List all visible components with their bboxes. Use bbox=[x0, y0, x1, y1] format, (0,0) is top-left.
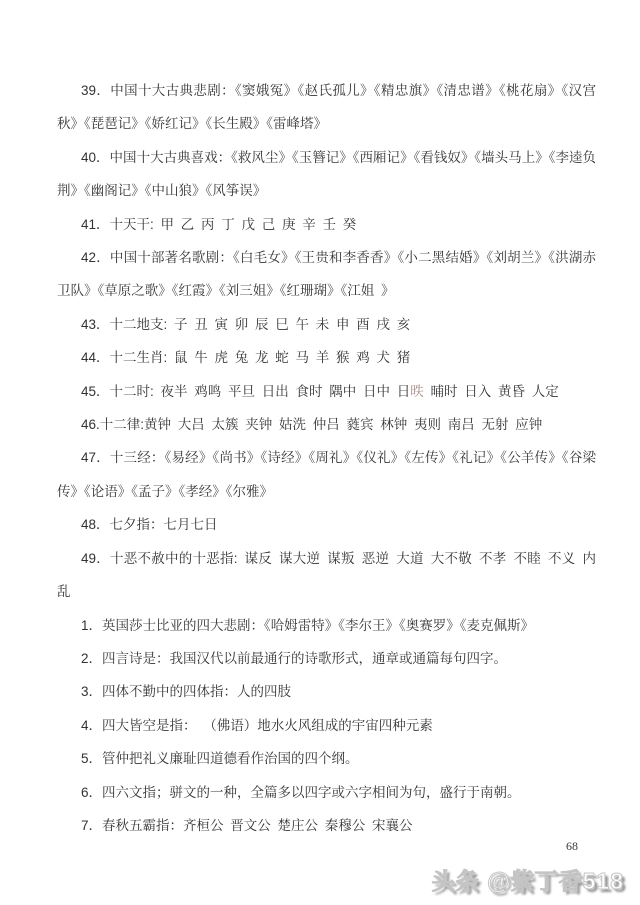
document-body: 39．中国十大古典悲剧：《窦娥冤》《赵氏孤儿》《精忠旗》《清忠谱》《桃花扇》《汉… bbox=[0, 0, 640, 842]
list-item: 46.十二律:黄钟 大吕 太簇 夹钟 姑洗 仲吕 蕤宾 林钟 夷则 南吕 无射 … bbox=[57, 408, 596, 441]
list-item: 42．中国十部著名歌剧：《白毛女》《王贵和李香香》《小二黑结婚》《刘胡兰》《洪湖… bbox=[57, 241, 596, 308]
list-item: 3．四体不勤中的四体指：人的四肢 bbox=[57, 675, 596, 708]
watermark: 头条 @紫丁香518 bbox=[432, 863, 624, 896]
list-item: 7．春秋五霸指：齐桓公 晋文公 楚庄公 秦穆公 宋襄公 bbox=[57, 809, 596, 842]
list-item: 49．十恶不赦中的十恶指: 谋反 谋大逆 谋叛 恶逆 大道 大不敬 不孝 不睦 … bbox=[57, 542, 596, 609]
list-item: 48．七夕指：七月七日 bbox=[57, 508, 596, 541]
list-item: 39．中国十大古典悲剧：《窦娥冤》《赵氏孤儿》《精忠旗》《清忠谱》《桃花扇》《汉… bbox=[57, 74, 596, 141]
page-number: 68 bbox=[566, 839, 578, 854]
list-item: 6．四六文指；骈文的一种，全篇多以四字或六字相间为句，盛行于南朝。 bbox=[57, 776, 596, 809]
list-item-text: 45．十二时: 夜半 鸡鸣 平旦 日出 食时 隅中 日中 日 bbox=[81, 384, 410, 399]
list-item: 5．管仲把礼义廉耻四道德看作治国的四个纲。 bbox=[57, 742, 596, 775]
list-item: 2．四言诗是：我国汉代以前最通行的诗歌形式，通章或通篇每句四字。 bbox=[57, 642, 596, 675]
list-item-text: 晡时 日入 黄昏 人定 bbox=[424, 384, 559, 399]
list-item: 44．十二生肖: 鼠 牛 虎 兔 龙 蛇 马 羊 猴 鸡 犬 猪 bbox=[57, 341, 596, 374]
list-item: 4．四大皆空是指： （佛语）地水火风组成的宇宙四种元素 bbox=[57, 709, 596, 742]
list-item: 41．十天干: 甲 乙 丙 丁 戊 己 庚 辛 壬 癸 bbox=[57, 208, 596, 241]
list-item: 40．中国十大古典喜戏：《救风尘》《玉簪记》《西厢记》《看钱奴》《墙头马上》《李… bbox=[57, 141, 596, 208]
list-item: 43．十二地支: 子 丑 寅 卯 辰 巳 午 未 申 酉 戌 亥 bbox=[57, 308, 596, 341]
list-item: 45．十二时: 夜半 鸡鸣 平旦 日出 食时 隅中 日中 日昳 晡时 日入 黄昏… bbox=[57, 375, 596, 408]
highlighted-char: 昳 bbox=[410, 384, 424, 399]
list-item: 47．十三经：《易经》《尚书》《诗经》《周礼》《仪礼》《左传》《礼记》《公羊传》… bbox=[57, 441, 596, 508]
list-item: 1．英国莎士比亚的四大悲剧：《哈姆雷特》《李尔王》《奥赛罗》《麦克佩斯》 bbox=[57, 609, 596, 642]
document-page: 39．中国十大古典悲剧：《窦娥冤》《赵氏孤儿》《精忠旗》《清忠谱》《桃花扇》《汉… bbox=[0, 0, 640, 905]
